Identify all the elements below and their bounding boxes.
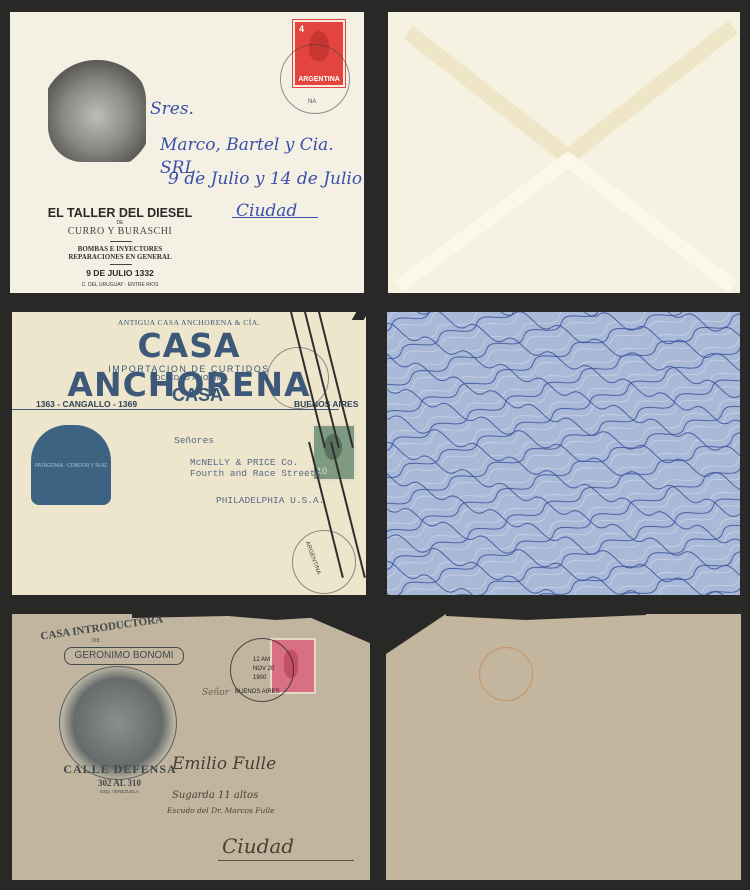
postmark-time: 12 AM <box>253 657 270 663</box>
recipient-salutation: Señores <box>174 435 214 447</box>
heel-text: PATAGONIA · CONDOR Y RUIZ <box>31 463 111 469</box>
postmark-date: NOV 20 <box>253 666 274 672</box>
postmark: NA <box>280 44 350 114</box>
sender-owners: CURRO Y BURASCHI <box>30 226 210 237</box>
sender-number: 302 AL 310 <box>12 778 227 788</box>
sender-address: 9 DE JULIO 1332 <box>30 268 210 278</box>
postmark-text: NA <box>308 99 316 105</box>
stamp-value: 4 <box>299 24 304 34</box>
recipient-city: Ciudad <box>222 834 294 858</box>
sender-line-1: BOMBAS E INYECTORES <box>30 245 210 253</box>
recipient-salutation: Sres. <box>150 98 194 121</box>
sender-line-1: CASA INTRODUCTORA <box>40 614 164 643</box>
postmark-city: BUENOS AIRES <box>235 689 280 695</box>
recipient-address: 9 de Julio y 14 de Julio <box>168 168 362 191</box>
divider <box>110 241 132 242</box>
recipient-city: Ciudad <box>236 200 297 223</box>
sender-name: GERONIMO BONOMI <box>64 647 184 665</box>
postmark-year: 1900 <box>253 675 266 681</box>
security-pattern <box>387 312 740 595</box>
envelope-flaps <box>388 12 740 293</box>
underline <box>232 217 318 218</box>
postmark <box>267 347 329 409</box>
sender-de: DE <box>92 638 100 644</box>
torn-corner <box>352 312 366 320</box>
divider <box>12 409 339 410</box>
postmark-text: ARGENTINA <box>304 541 322 576</box>
recipient-line-3: Escudo del Dr. Marcos Fulle <box>167 806 275 815</box>
postmark: 12 AM NOV 20 1900 BUENOS AIRES <box>230 638 294 702</box>
underline <box>218 860 354 861</box>
cover-3-front: CASA INTRODUCTORA DE GERONIMO BONOMI CAL… <box>12 614 370 880</box>
sender-address: 1363 - CANGALLO - 1369 <box>36 399 137 409</box>
cover-1-front: 4 ARGENTINA NA Sres. Marco, Bartel y Cia… <box>10 12 364 293</box>
cover-2-back <box>387 312 740 595</box>
recipient-city: PHILADELPHIA U.S.A. <box>216 495 324 507</box>
recipient-name: Emilio Fulle <box>172 754 276 774</box>
sender-city: C. DEL URUGUAY · ENTRE RIOS <box>30 282 210 288</box>
shoe-heel-illustration: PATAGONIA · CONDOR Y RUIZ <box>31 425 111 505</box>
recipient-salutation: Señor <box>202 688 229 698</box>
backstamp-postmark <box>479 647 533 701</box>
cover-2-front: ANTIGUA CASA ANCHORENA & CÍA. CASA ANCHO… <box>12 312 366 595</box>
sender-street: CALLE DEFENSA <box>56 762 184 777</box>
torn-edge <box>446 614 646 620</box>
diesel-engine-illustration <box>48 60 146 162</box>
cover-3-back <box>386 614 741 880</box>
company-logo: CASA <box>172 385 223 406</box>
torn-corner <box>386 614 446 654</box>
recipient-line-2: Sugarda 11 altos <box>172 790 258 801</box>
divider <box>110 264 132 265</box>
postmark: ARGENTINA <box>292 530 356 594</box>
sender-name: EL TALLER DEL DIESEL <box>30 206 210 220</box>
sender-line-2: REPARACIONES EN GENERAL <box>30 253 210 261</box>
recipient-address: Fourth and Race Streets <box>190 468 321 480</box>
cover-1-back <box>388 12 740 293</box>
